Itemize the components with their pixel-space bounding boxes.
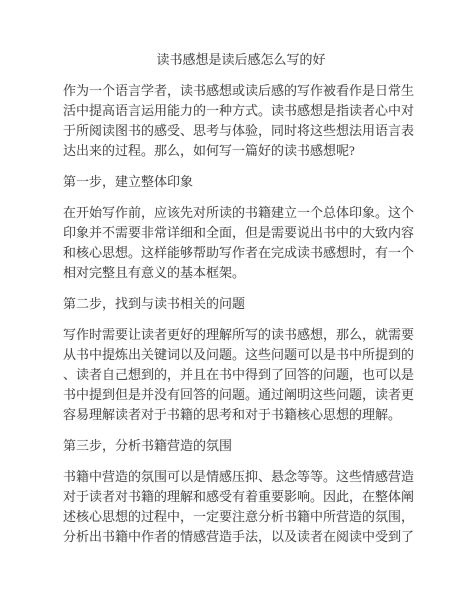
document-page: 读书感想是读后感怎么写的好 作为一个语言学者，读书感想或读后感的写作被看作是日常… <box>0 0 463 600</box>
step-1-heading: 第一步，建立整体印象 <box>63 172 419 192</box>
intro-paragraph: 作为一个语言学者，读书感想或读后感的写作被看作是日常生 活中提高语言运用能力的一… <box>63 81 419 161</box>
step-3-heading: 第三步，分析书籍营造的氛围 <box>63 436 419 456</box>
step-3-body: 书籍中营造的氛围可以是情感压抑、悬念等等。这些情感营造 对于读者对书籍的理解和感… <box>63 467 419 547</box>
step-1-body: 在开始写作前，应该先对所读的书籍建立一个总体印象。这个 印象并不需要非常详细和全… <box>63 203 419 283</box>
step-2-heading: 第二步，找到与读书相关的问题 <box>63 294 419 314</box>
page-title: 读书感想是读后感怎么写的好 <box>63 50 419 70</box>
step-2-body: 写作时需要让读者更好的理解所写的读书感想，那么，就需要 从书中提炼出关键词以及问… <box>63 325 419 425</box>
